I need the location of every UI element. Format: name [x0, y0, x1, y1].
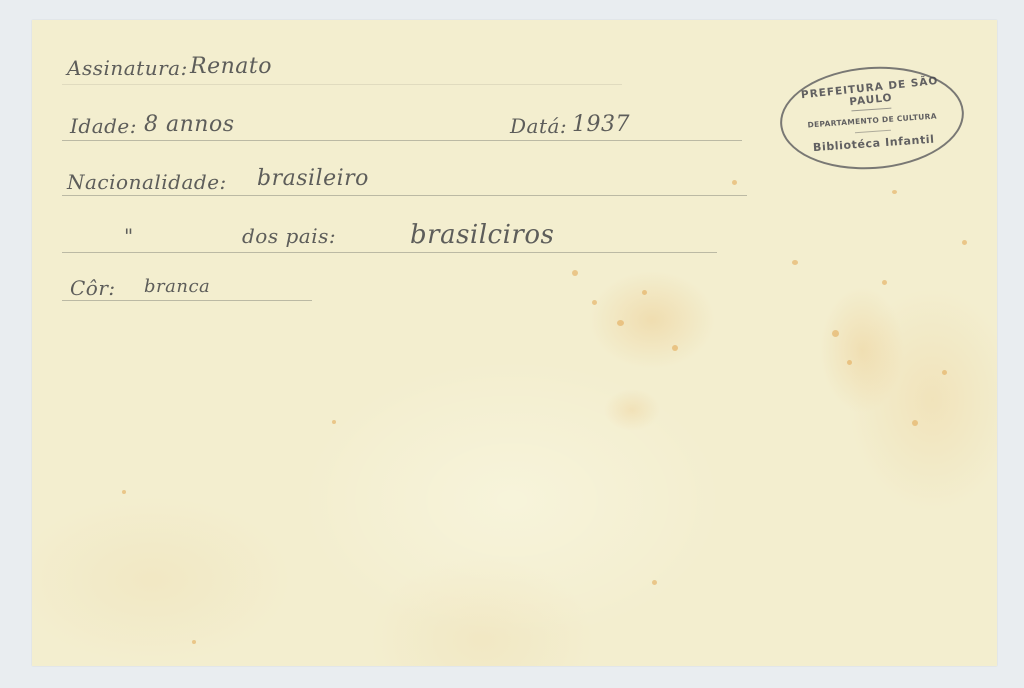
foxing-spot: [792, 260, 798, 265]
foxing-spot: [122, 490, 126, 494]
parents-nationality-value: brasilciros: [410, 220, 554, 250]
signature-label: Assinatura:: [67, 56, 188, 80]
ruled-line: [62, 300, 312, 301]
color-value: branca: [144, 276, 210, 297]
paper-card: Assinatura: Renato Idade: 8 annos Datá: …: [32, 20, 997, 666]
foxing-spot: [652, 580, 657, 585]
ruled-line: [62, 140, 742, 141]
foxing-spot: [192, 640, 196, 644]
date-label: Datá:: [510, 114, 567, 138]
ruled-line: [62, 195, 747, 196]
foxing-spot: [962, 240, 967, 245]
foxing-spot: [832, 330, 839, 337]
stamp-bottom-text: Bibliotéca Infantil: [784, 131, 964, 157]
parents-nationality-label: dos pais:: [242, 224, 336, 248]
age-value: 8 annos: [144, 112, 234, 137]
nationality-label: Nacionalidade:: [67, 170, 227, 194]
ruled-line: [62, 84, 622, 85]
foxing-spot: [912, 420, 918, 426]
stamp-divider: [851, 108, 891, 112]
library-stamp: PREFEITURA DE SÃO PAULO DEPARTAMENTO DE …: [777, 61, 968, 176]
foxing-spot: [572, 270, 578, 276]
color-label: Côr:: [70, 276, 116, 300]
foxing-spot: [892, 190, 897, 194]
signature-value: Renato: [190, 54, 272, 79]
foxing-spot: [332, 420, 336, 424]
stamp-middle-text: DEPARTAMENTO DE CULTURA: [782, 110, 962, 132]
foxing-spot: [732, 180, 737, 185]
date-value: 1937: [572, 112, 630, 137]
ditto-mark: ": [124, 224, 134, 248]
foxing-spot: [592, 300, 597, 305]
ruled-line: [62, 252, 717, 253]
foxing-spot: [942, 370, 947, 375]
foxing-spot: [642, 290, 647, 295]
foxing-spot: [882, 280, 887, 285]
foxing-spot: [847, 360, 852, 365]
foxing-spot: [617, 320, 624, 326]
stamp-divider: [855, 130, 891, 134]
foxing-spot: [672, 345, 678, 351]
nationality-value: brasileiro: [257, 166, 369, 191]
age-label: Idade:: [70, 114, 137, 138]
